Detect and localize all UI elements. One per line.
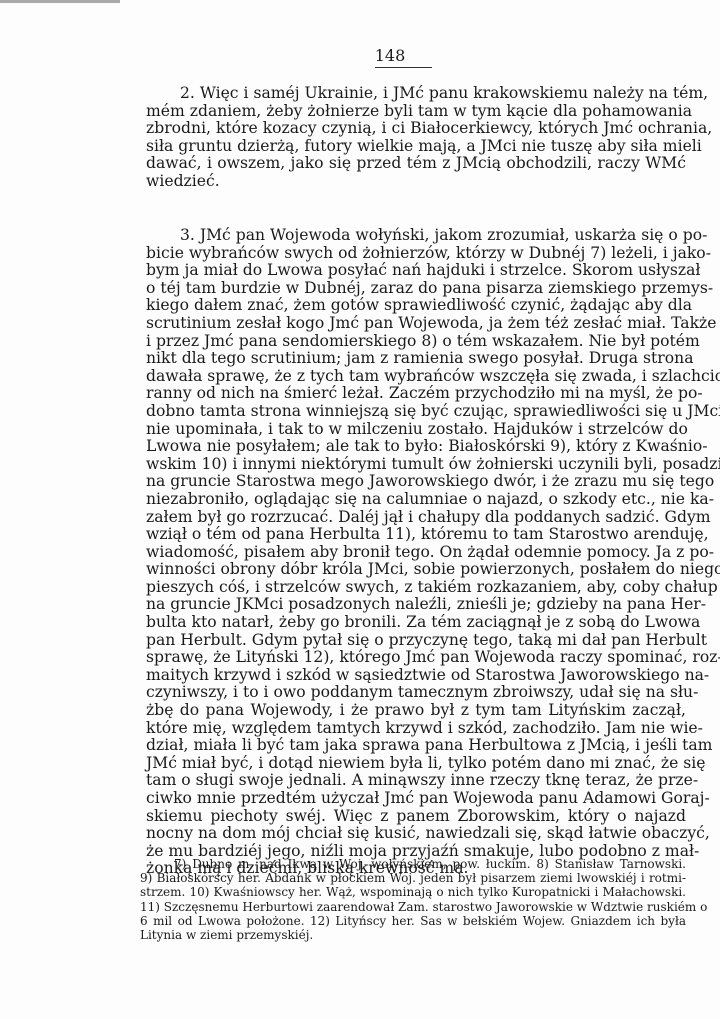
text-line: dział, miała li być tam jaka sprawa pana… (146, 737, 686, 755)
scan-artifact (0, 0, 120, 3)
text-line: wziął o tém od pana Herbulta 11), którem… (146, 526, 686, 544)
text-line: żbę do pana Wojewody, i że prawo był z t… (146, 702, 686, 720)
text-line: nikt dla tego scrutinium; jam z ramienia… (146, 350, 686, 368)
text-line: nie upominała, i tak to w milczeniu zost… (146, 421, 686, 439)
text-line: bicie wybrańców swych od żołnierzów, któ… (146, 245, 686, 263)
text-line: Lwowa nie posyłałem; ale tak to było: Bi… (146, 438, 686, 456)
text-line: scrutinium zesłał kogo Jmć pan Wojewoda,… (146, 315, 686, 333)
text-line: siła gruntu dzierżą, futory wielkie mają… (146, 138, 686, 156)
text-line: ciwko mnie przedtém użyczał Jmć pan Woje… (146, 790, 686, 808)
text-line: na gruncie Starostwa mego Jaworowskiego … (146, 473, 686, 491)
text-line: JMć miał być, i dotąd niewiem była li, t… (146, 755, 686, 773)
text-line: mém zdaniem, żeby żołnierze byli tam w t… (146, 103, 686, 121)
text-line: skiemu piechoty swéj. Więc z panem Zboro… (146, 808, 686, 826)
page-number-rule (375, 67, 432, 68)
text-line: sprawę, że Lityński 12), którego Jmć pan… (146, 649, 686, 667)
text-line: dawać, i owszem, jako się przed tém z JM… (146, 155, 686, 173)
text-line: pan Herbult. Gdym pytał się o przyczynę … (146, 632, 686, 650)
text-line: niezabroniło, oglądając się na calumniae… (146, 491, 686, 509)
text-line: wiadomość, pisałem aby bronił tego. On ż… (146, 544, 686, 562)
text-line: 3. JMć pan Wojewoda wołyński, jakom zroz… (146, 227, 686, 245)
text-line: winności obrony dóbr króla JMci, sobie p… (146, 561, 686, 579)
text-line: dobno tamta strona winniejszą się być cz… (146, 403, 686, 421)
text-line: nocny na dom mój chciał się kusić, nawie… (146, 825, 686, 843)
text-line: załem był go rozrzucać. Daléj jął i chał… (146, 509, 686, 527)
text-line: strzem. 10) Kwaśniowscy her. Wąż, wspomi… (140, 885, 686, 899)
text-line: wiedzieć. (146, 173, 686, 191)
text-line: na gruncie JKMci posadzonych naleźli, zn… (146, 596, 686, 614)
text-line: 6 mil od Lwowa położone. 12) Lityńscy he… (140, 914, 686, 928)
text-line: maitych krzywd i szkód w sąsiedztwie od … (146, 667, 686, 685)
text-line: Litynia w ziemi przemyskiéj. (140, 928, 686, 942)
text-line: o téj tam burdzie w Dubnéj, zaraz do pan… (146, 280, 686, 298)
text-line: tam o sługi swoje jednali. A minąwszy in… (146, 772, 686, 790)
text-line: zbrodni, które kozacy czynią, i ci Biało… (146, 120, 686, 138)
text-line: 7) Dubno m. nad Ikwą w Woj. wołyńskiem, … (140, 857, 686, 871)
text-line: ranny od nich na śmierć leżał. Zaczém pr… (146, 385, 686, 403)
paragraph-2: 2. Więc i saméj Ukrainie, i JMć panu kra… (146, 85, 686, 191)
text-line: 11) Szczęsnemu Herburtowi zaarendował Za… (140, 900, 686, 914)
text-line: czyniwszy, i to i owo poddanym tamecznym… (146, 684, 686, 702)
text-line: 2. Więc i saméj Ukrainie, i JMć panu kra… (146, 85, 686, 103)
paragraph-3: 3. JMć pan Wojewoda wołyński, jakom zroz… (146, 227, 686, 878)
text-line: bulta kto natarł, żeby go bronili. Za té… (146, 614, 686, 632)
text-line: kiego dałem znać, żem gotów sprawiedliwo… (146, 297, 686, 315)
text-line: pieszych cóś, i strzelców swych, z takié… (146, 579, 686, 597)
footnotes: 7) Dubno m. nad Ikwą w Woj. wołyńskiem, … (140, 857, 686, 942)
text-line: 9) Białoskórscy her. Abdank w płockiem W… (140, 871, 686, 885)
page-number: 148 (360, 46, 420, 65)
text-line: bym ja miał do Lwowa posyłać nań hajduki… (146, 262, 686, 280)
text-line: dawała sprawę, że z tych tam wybrańców w… (146, 368, 686, 386)
text-line: które mię, względem tamtych krzywd i szk… (146, 720, 686, 738)
text-line: i przez Jmć pana sendomierskiego 8) o té… (146, 333, 686, 351)
text-line: wskim 10) i innymi niektórymi tumult ów … (146, 456, 686, 474)
